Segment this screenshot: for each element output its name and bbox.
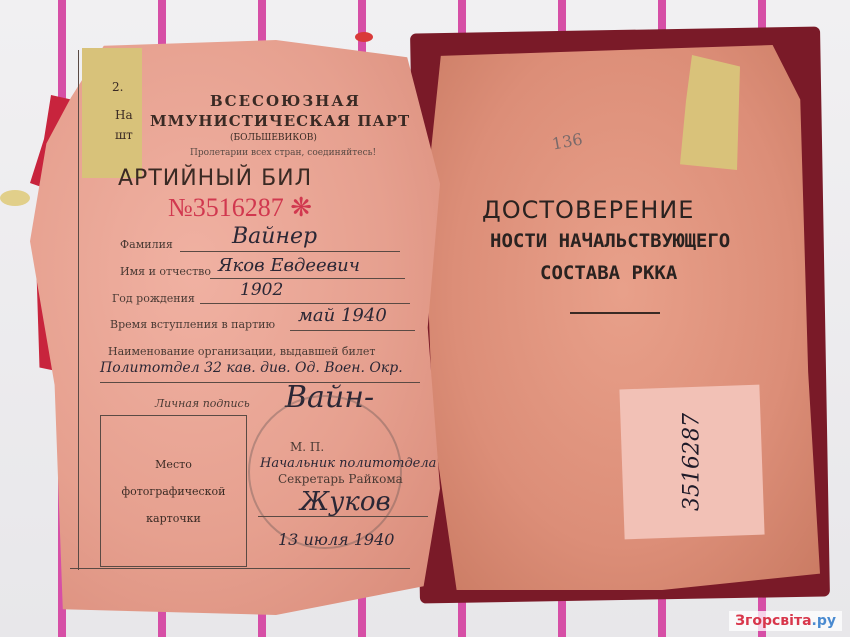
card-header-line2: ММУНИСТИЧЕСКАЯ ПАРТ bbox=[150, 112, 410, 130]
field-label-name: Имя и отчество bbox=[120, 265, 211, 278]
booklet-title-line3: СОСТАВА РККА bbox=[540, 262, 677, 284]
field-line bbox=[200, 303, 410, 304]
stub-text: На bbox=[115, 108, 133, 122]
party-card-stub bbox=[82, 48, 142, 178]
stub-text: 2. bbox=[112, 80, 123, 94]
booklet-title-line2: НОСТИ НАЧАЛЬСТВУЮЩЕГО bbox=[490, 230, 730, 252]
field-label-organization: Наименование организации, выдавшей билет bbox=[108, 345, 375, 358]
field-line bbox=[290, 330, 415, 331]
signature-label: Личная подпись bbox=[155, 397, 250, 410]
field-value-surname: Вайнер bbox=[232, 224, 317, 249]
stub-text: шт bbox=[115, 128, 133, 142]
sticker-number: 3516287 bbox=[680, 413, 705, 511]
secretary-signature: Жуков bbox=[300, 487, 391, 517]
mp-label: М. П. bbox=[290, 440, 324, 454]
photo-placeholder-box: Место фотографической карточки bbox=[100, 415, 247, 567]
booklet-title-line1: ДОСТОВЕРЕНИЕ bbox=[482, 196, 694, 224]
card-header-line1: ВСЕСОЮЗНАЯ bbox=[210, 92, 361, 110]
field-value-name: Яков Евдеевич bbox=[218, 255, 360, 276]
issue-date: 13 июля 1940 bbox=[278, 530, 394, 549]
card-left-border bbox=[78, 50, 79, 570]
photo-box-line1: Место bbox=[155, 458, 192, 471]
field-value-organization: Политотдел 32 кав. див. Од. Воен. Окр. bbox=[100, 360, 403, 376]
booklet-underline bbox=[570, 312, 660, 314]
photo-box-line2: фотографической bbox=[121, 485, 225, 498]
secretary-label: Секретарь Райкома bbox=[278, 472, 403, 486]
card-slogan: Пролетарии всех стран, соединяйтесь! bbox=[190, 148, 376, 158]
field-label-birth-year: Год рождения bbox=[112, 292, 195, 305]
watermark-brand: Згорсвіта bbox=[735, 613, 811, 629]
watermark-suffix: .ру bbox=[812, 613, 836, 629]
field-label-surname: Фамилия bbox=[120, 238, 173, 251]
secretary-handwritten: Начальник политотдела bbox=[260, 456, 436, 471]
field-value-birth-year: 1902 bbox=[240, 280, 283, 300]
red-speck bbox=[355, 32, 373, 42]
photo-box-line3: карточки bbox=[146, 512, 201, 525]
card-bottom-border bbox=[70, 568, 410, 569]
field-value-join-date: май 1940 bbox=[298, 305, 387, 326]
field-line bbox=[258, 516, 428, 517]
card-number: №3516287 ❋ bbox=[168, 193, 312, 223]
card-title: АРТИЙНЫЙ БИЛ bbox=[118, 166, 312, 191]
card-header-line3: (БОЛЬШЕВИКОВ) bbox=[230, 133, 317, 143]
field-line bbox=[210, 278, 405, 279]
watermark-logo: Згорсвіта.ру bbox=[729, 611, 842, 631]
field-label-join-date: Время вступления в партию bbox=[110, 318, 275, 331]
yellow-speck bbox=[0, 190, 30, 206]
field-line bbox=[180, 251, 400, 252]
